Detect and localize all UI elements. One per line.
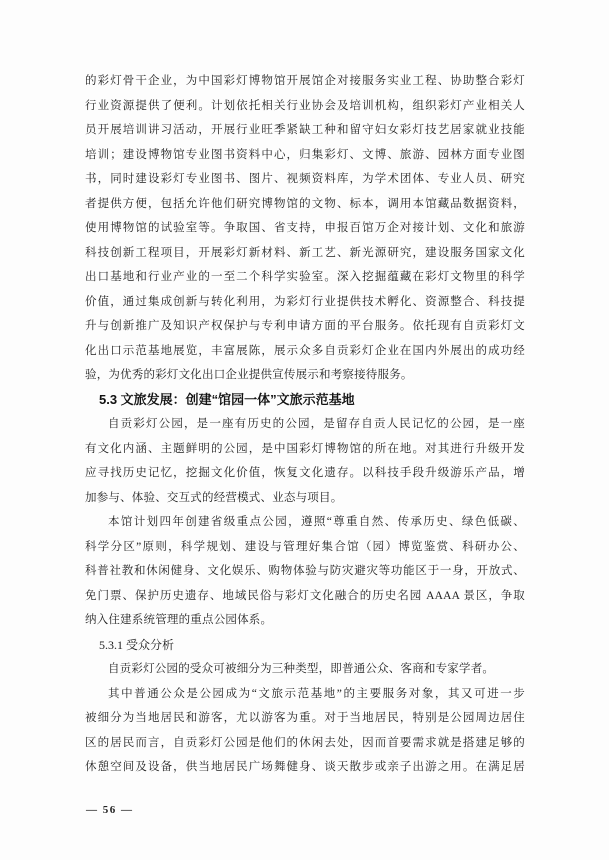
text-line: 使用博物馆的试验室等。争取国、省支持，申报百馆万企对接计划、文化和旅游 — [85, 216, 525, 241]
text-line: 免门票、保护历史遗存、地域民俗与彩灯文化融合的历史名园 AAAA 景区，争取 — [85, 584, 525, 609]
text-line: 休憩空间及设备，供当地居民广场舞健身、谈天散步或亲子出游之用。在满足居 — [85, 755, 525, 780]
body-text: 的彩灯骨干企业，为中国彩灯博物馆开展馆企对接服务实业工程、协助整合彩灯 行业资源… — [85, 69, 525, 780]
text-line: 行业资源提供了便利。计划依托相关行业协会及培训机构，组织彩灯产业相关人 — [85, 94, 525, 119]
text-line: 升与创新推广及知识产权保护与专利申请方面的平台服务。依托现有自贡彩灯文 — [85, 314, 525, 339]
paragraph-continuation: 的彩灯骨干企业，为中国彩灯博物馆开展馆企对接服务实业工程、协助整合彩灯 行业资源… — [85, 69, 525, 388]
text-line: 培训；建设博物馆专业图书资料中心，归集彩灯、文博、旅游、园林方面专业图 — [85, 143, 525, 168]
text-line: 出口基地和行业产业的一至二个科学实验室。深入挖掘蕴藏在彩灯文物里的科学 — [85, 265, 525, 290]
paragraph-public-audience: 其中普通公众是公园成为“文旅示范基地”的主要服务对象，其又可进一步 被细分为当地… — [85, 682, 525, 780]
text-line: 纳入住建系统管理的重点公园体系。 — [85, 608, 525, 633]
section-heading-5-3: 5.3 文旅发展：创建“馆园一体”文旅示范基地 — [85, 388, 525, 413]
text-line: 科技创新工程项目，开展彩灯新材料、新工艺、新光源研究，建设服务国家文化 — [85, 241, 525, 266]
paragraph-park-plan: 本馆计划四年创建省级重点公园，遵照“尊重自然、传承历史、绿色低碳、 科学分区”原… — [85, 510, 525, 633]
text-line: 价值，通过集成创新与转化利用，为彩灯行业提供技术孵化、资源整合、科技提 — [85, 290, 525, 315]
text-line: 区的居民而言，自贡彩灯公园是他们的休闲去处，因而首要需求就是搭建足够的 — [85, 731, 525, 756]
text-line: 自贡彩灯公园的受众可被细分为三种类型，即普通公众、客商和专家学者。 — [85, 657, 525, 682]
text-line: 员开展培训讲习活动，开展行业旺季紧缺工种和留守妇女彩灯技艺居家就业技能 — [85, 118, 525, 143]
text-line: 本馆计划四年创建省级重点公园，遵照“尊重自然、传承历史、绿色低碳、 — [85, 510, 525, 535]
text-line: 书，同时建设彩灯专业图书、图片、视频资料库，为学术团体、专业人员、研究 — [85, 167, 525, 192]
paragraph-audience-types: 自贡彩灯公园的受众可被细分为三种类型，即普通公众、客商和专家学者。 — [85, 657, 525, 682]
text-line: 加参与、体验、交互式的经营模式、业态与项目。 — [85, 486, 525, 511]
text-line: 自贡彩灯公园，是一座有历史的公园，是留存自贡人民记忆的公园，是一座 — [85, 412, 525, 437]
paragraph-park-intro: 自贡彩灯公园，是一座有历史的公园，是留存自贡人民记忆的公园，是一座 有文化内涵、… — [85, 412, 525, 510]
document-page: 的彩灯骨干企业，为中国彩灯博物馆开展馆企对接服务实业工程、协助整合彩灯 行业资源… — [0, 0, 609, 860]
text-line: 科普社教和休闲健身、文化娱乐、购物体验与防灾避灾等功能区于一身，开放式、 — [85, 559, 525, 584]
text-line: 被细分为当地居民和游客，尤以游客为重。对于当地居民，特别是公园周边居住 — [85, 706, 525, 731]
page-number-footer: — 56 — — [86, 804, 134, 816]
text-line: 应寻找历史记忆，挖掘文化价值，恢复文化遗存。以科技手段升级游乐产品，增 — [85, 461, 525, 486]
text-line: 其中普通公众是公园成为“文旅示范基地”的主要服务对象，其又可进一步 — [85, 682, 525, 707]
subsection-heading-5-3-1: 5.3.1 受众分析 — [85, 633, 525, 658]
text-line: 验，为优秀的彩灯文化出口企业提供宣传展示和考察接待服务。 — [85, 363, 525, 388]
text-line: 化出口示范基地展览，丰富展陈，展示众多自贡彩灯企业在国内外展出的成功经 — [85, 339, 525, 364]
text-line: 有文化内涵、主题鲜明的公园，是中国彩灯博物馆的所在地。对其进行升级开发 — [85, 437, 525, 462]
text-line: 科学分区”原则，科学规划、建设与管理好集合馆（园）博览鉴赏、科研办公、 — [85, 535, 525, 560]
text-line: 者提供方便，包括允许他们研究博物馆的文物、标本，调用本馆藏品数据资料， — [85, 192, 525, 217]
text-line: 的彩灯骨干企业，为中国彩灯博物馆开展馆企对接服务实业工程、协助整合彩灯 — [85, 69, 525, 94]
